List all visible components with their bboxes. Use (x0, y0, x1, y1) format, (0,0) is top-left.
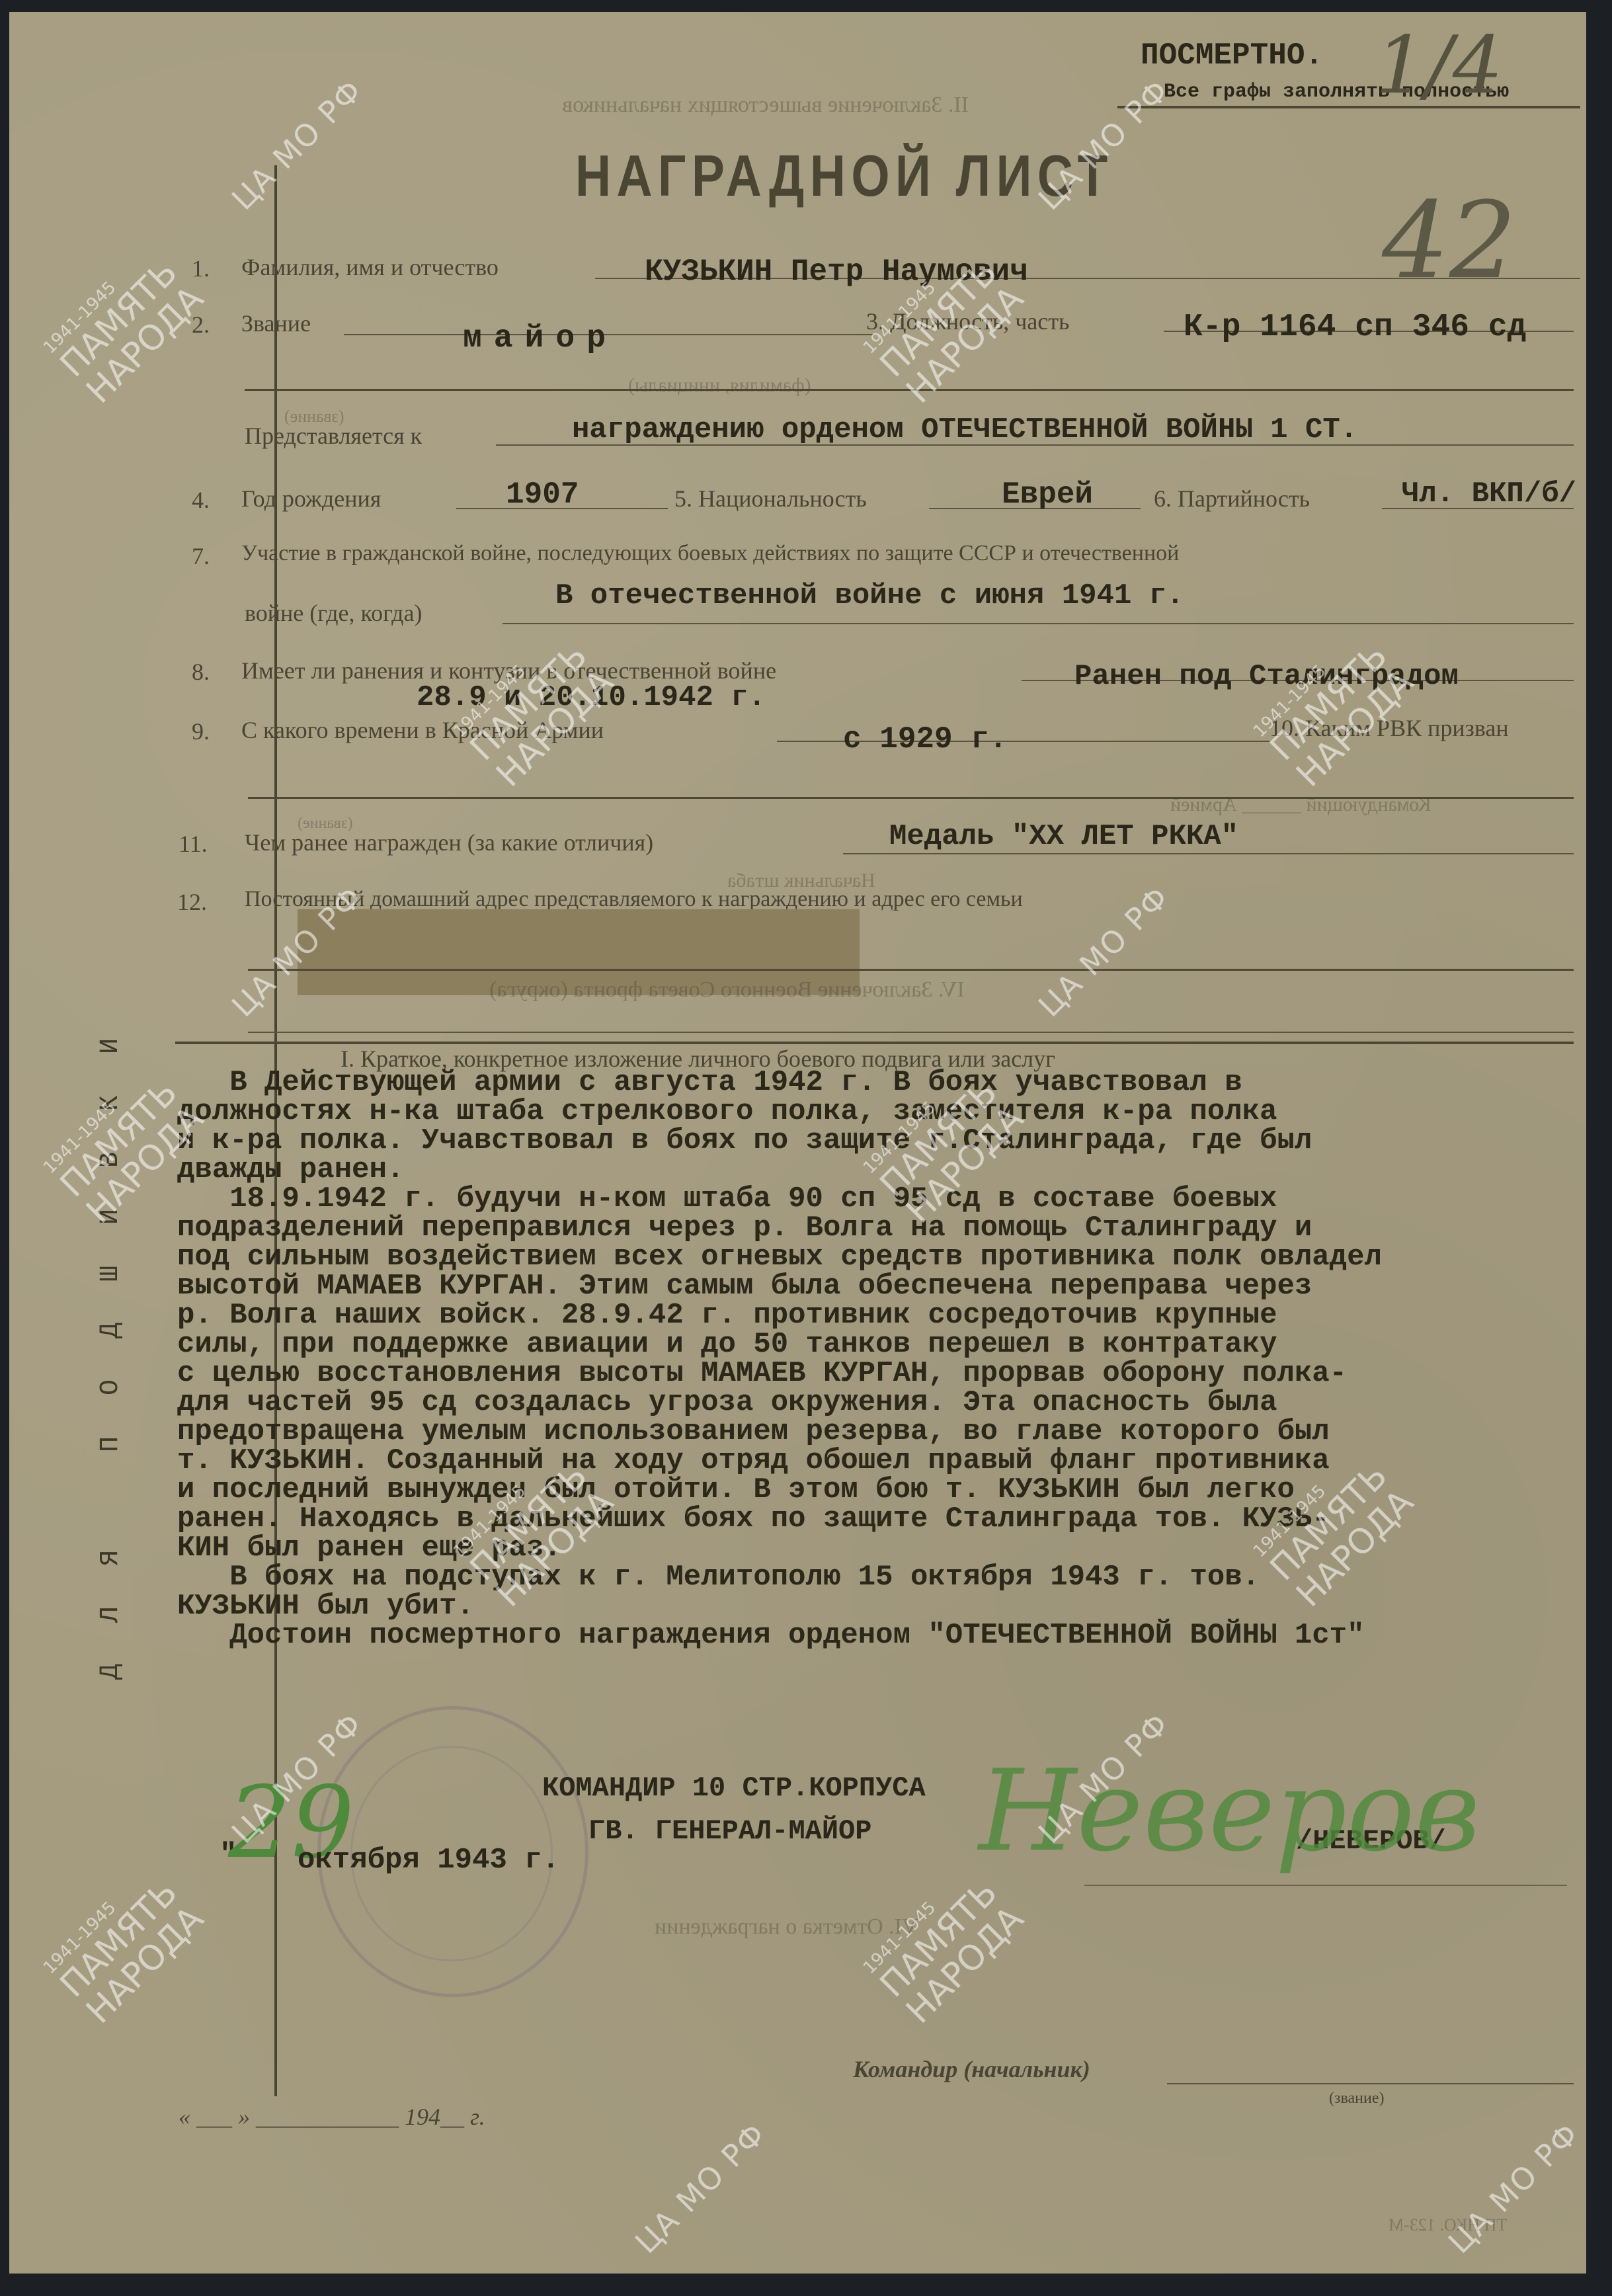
field-value-position: К-р 1164 сп 346 сд (1184, 309, 1526, 345)
field-label-presented: Представляется к (245, 422, 422, 450)
header-rule (1117, 106, 1580, 108)
signature: Неверов (979, 1746, 1480, 1877)
signatory-title: КОМАНДИР 10 СТР.КОРПУСА (542, 1772, 926, 1804)
citation-line: В Действующей армии с августа 1942 г. В … (177, 1068, 1552, 1097)
field-label-party: 6. Партийность (1154, 485, 1310, 512)
field-value-wounds: Ранен под Сталинградом (1074, 660, 1459, 693)
field-label-wounds: Имеет ли ранения и контузии в отечествен… (241, 657, 776, 684)
field-value-award: награждению орденом ОТЕЧЕСТВЕННОЙ ВОЙНЫ … (572, 413, 1357, 446)
field-value-wound-dates: 28.9 и 20.10.1942 г. (417, 681, 766, 714)
signatory-rank: ГВ. ГЕНЕРАЛ-МАЙОР (588, 1815, 871, 1847)
commander-rule (1167, 2083, 1574, 2084)
citation-line: т. КУЗЬКИН. Созданный на ходу отряд обош… (177, 1446, 1552, 1475)
signature-rule (1084, 1885, 1567, 1886)
citation-line: под сильным воздействием всех огневых ср… (177, 1243, 1552, 1272)
citation-line: р. Волга наших войск. 28.9.42 г. противн… (177, 1301, 1552, 1330)
posthumous-mark: ПОСМЕРТНО. (1141, 38, 1323, 73)
field-number: 11. (179, 830, 208, 858)
field-value-nationality: Еврей (1002, 477, 1093, 512)
field-label-address: Постоянный домашний адрес представляемог… (245, 887, 1023, 912)
citation-line: с целью восстановления высоты МАМАЕВ КУР… (177, 1359, 1552, 1388)
citation-line: силы, при поддержке авиации и до 50 танк… (177, 1330, 1552, 1359)
field-rule (248, 969, 1574, 971)
field-label-participation: Участие в гражданской войне, последующих… (241, 541, 1179, 566)
rank-caption: (звание) (1329, 2090, 1384, 2108)
citation-line: В боях на подступах к г. Мелитополю 15 о… (177, 1563, 1552, 1592)
field-value-participation: В отечественной войне с июня 1941 г. (555, 579, 1184, 612)
margin-vertical-text: ДЛЯ ПОДШИВКИ (96, 997, 126, 1680)
document-title: НАГРАДНОЙ ЛИСТ (575, 142, 1113, 210)
citation-line: должностях н-ка штаба стрелкового полка,… (177, 1097, 1552, 1126)
section-divider (175, 1042, 1574, 1044)
date-rest: октября 1943 г. (298, 1844, 559, 1877)
field-label-prev-awards: Чем ранее награжден (за какие отличия) (245, 829, 653, 856)
field-number: 7. (192, 542, 210, 570)
field-value-name: КУЗЬКИН Петр Наумович (645, 255, 1028, 289)
field-rule (843, 853, 1574, 854)
citation-line: подразделений переправился через р. Волг… (177, 1213, 1552, 1243)
ghost-text: VI. Отметка о награждении (655, 1914, 918, 1940)
ghost-text: IV. Заключение Военного Совета фронта (о… (489, 977, 965, 1003)
field-number: 9. (192, 717, 210, 745)
citation-line: КУЗЬКИН был убит. (177, 1592, 1552, 1621)
field-number: 4. (192, 486, 210, 514)
citation-line: для частей 95 сд создалась угроза окруже… (177, 1388, 1552, 1417)
field-label-nationality: 5. Национальность (674, 485, 867, 512)
field-label-rvk: 10. Каким РВК призван (1269, 714, 1509, 742)
field-number: 1. (192, 255, 210, 282)
handwritten-sheet-number: 1/4 (1375, 20, 1503, 112)
citation-line: и к-ра полка. Учавствовал в боях по защи… (177, 1126, 1552, 1155)
field-rule (503, 623, 1574, 624)
field-rule (245, 389, 1574, 391)
field-label-participation-cont: войне (где, когда) (245, 599, 422, 627)
citation-line: предотвращена умелым использованием резе… (177, 1417, 1552, 1446)
citation-line: КИН был ранен еще раз. (177, 1534, 1552, 1563)
date-blank: « ___ » ____________ 194__ г. (179, 2103, 485, 2131)
ghost-text-reverse: II. Заключение вышестоящих начальников (562, 93, 969, 118)
field-number: 12. (177, 888, 207, 916)
field-label-position: 3. Должность, часть (866, 307, 1069, 335)
handwritten-number: 42 (1382, 179, 1517, 302)
field-label-army-since: С какого времени в Красной Армии (241, 716, 604, 744)
field-value-party: Чл. ВКП/б/ (1402, 477, 1576, 511)
printer-mark: ТП НКО. 12З-М (1389, 2215, 1507, 2235)
field-value-rank: майор (463, 321, 618, 356)
field-label-rank: Звание (241, 309, 311, 337)
citation-line: Достоин посмертного награждения орденом … (177, 1621, 1552, 1650)
field-value-army-since: с 1929 г. (843, 722, 1007, 757)
citation-line: дважды ранен. (177, 1155, 1552, 1184)
field-number: 8. (192, 658, 210, 686)
field-label-birth-year: Год рождения (241, 485, 381, 512)
field-label-name: Фамилия, имя и отчество (241, 253, 499, 281)
citation-line: ранен. Находясь в дальнейших боях по защ… (177, 1504, 1552, 1534)
citation-line: и последний вынужден был отойти. В этом … (177, 1475, 1552, 1504)
citation-text: В Действующей армии с августа 1942 г. В … (177, 1068, 1552, 1650)
ghost-text: (фамилия, инициалы) (628, 374, 811, 397)
field-rule (248, 1032, 1574, 1033)
field-value-birth-year: 1907 (506, 477, 579, 512)
field-value-prev-awards: Медаль "XX ЛЕТ РККА" (889, 820, 1238, 853)
citation-line: высотой МАМАЕВ КУРГАН. Этим самым была о… (177, 1272, 1552, 1301)
ghost-text: Командующий ______ Армией (1170, 794, 1431, 816)
commander-label: Командир (начальник) (853, 2055, 1090, 2083)
field-number: 2. (192, 311, 210, 339)
citation-line: 18.9.1942 г. будучи н-ком штаба 90 сп 95… (177, 1184, 1552, 1213)
